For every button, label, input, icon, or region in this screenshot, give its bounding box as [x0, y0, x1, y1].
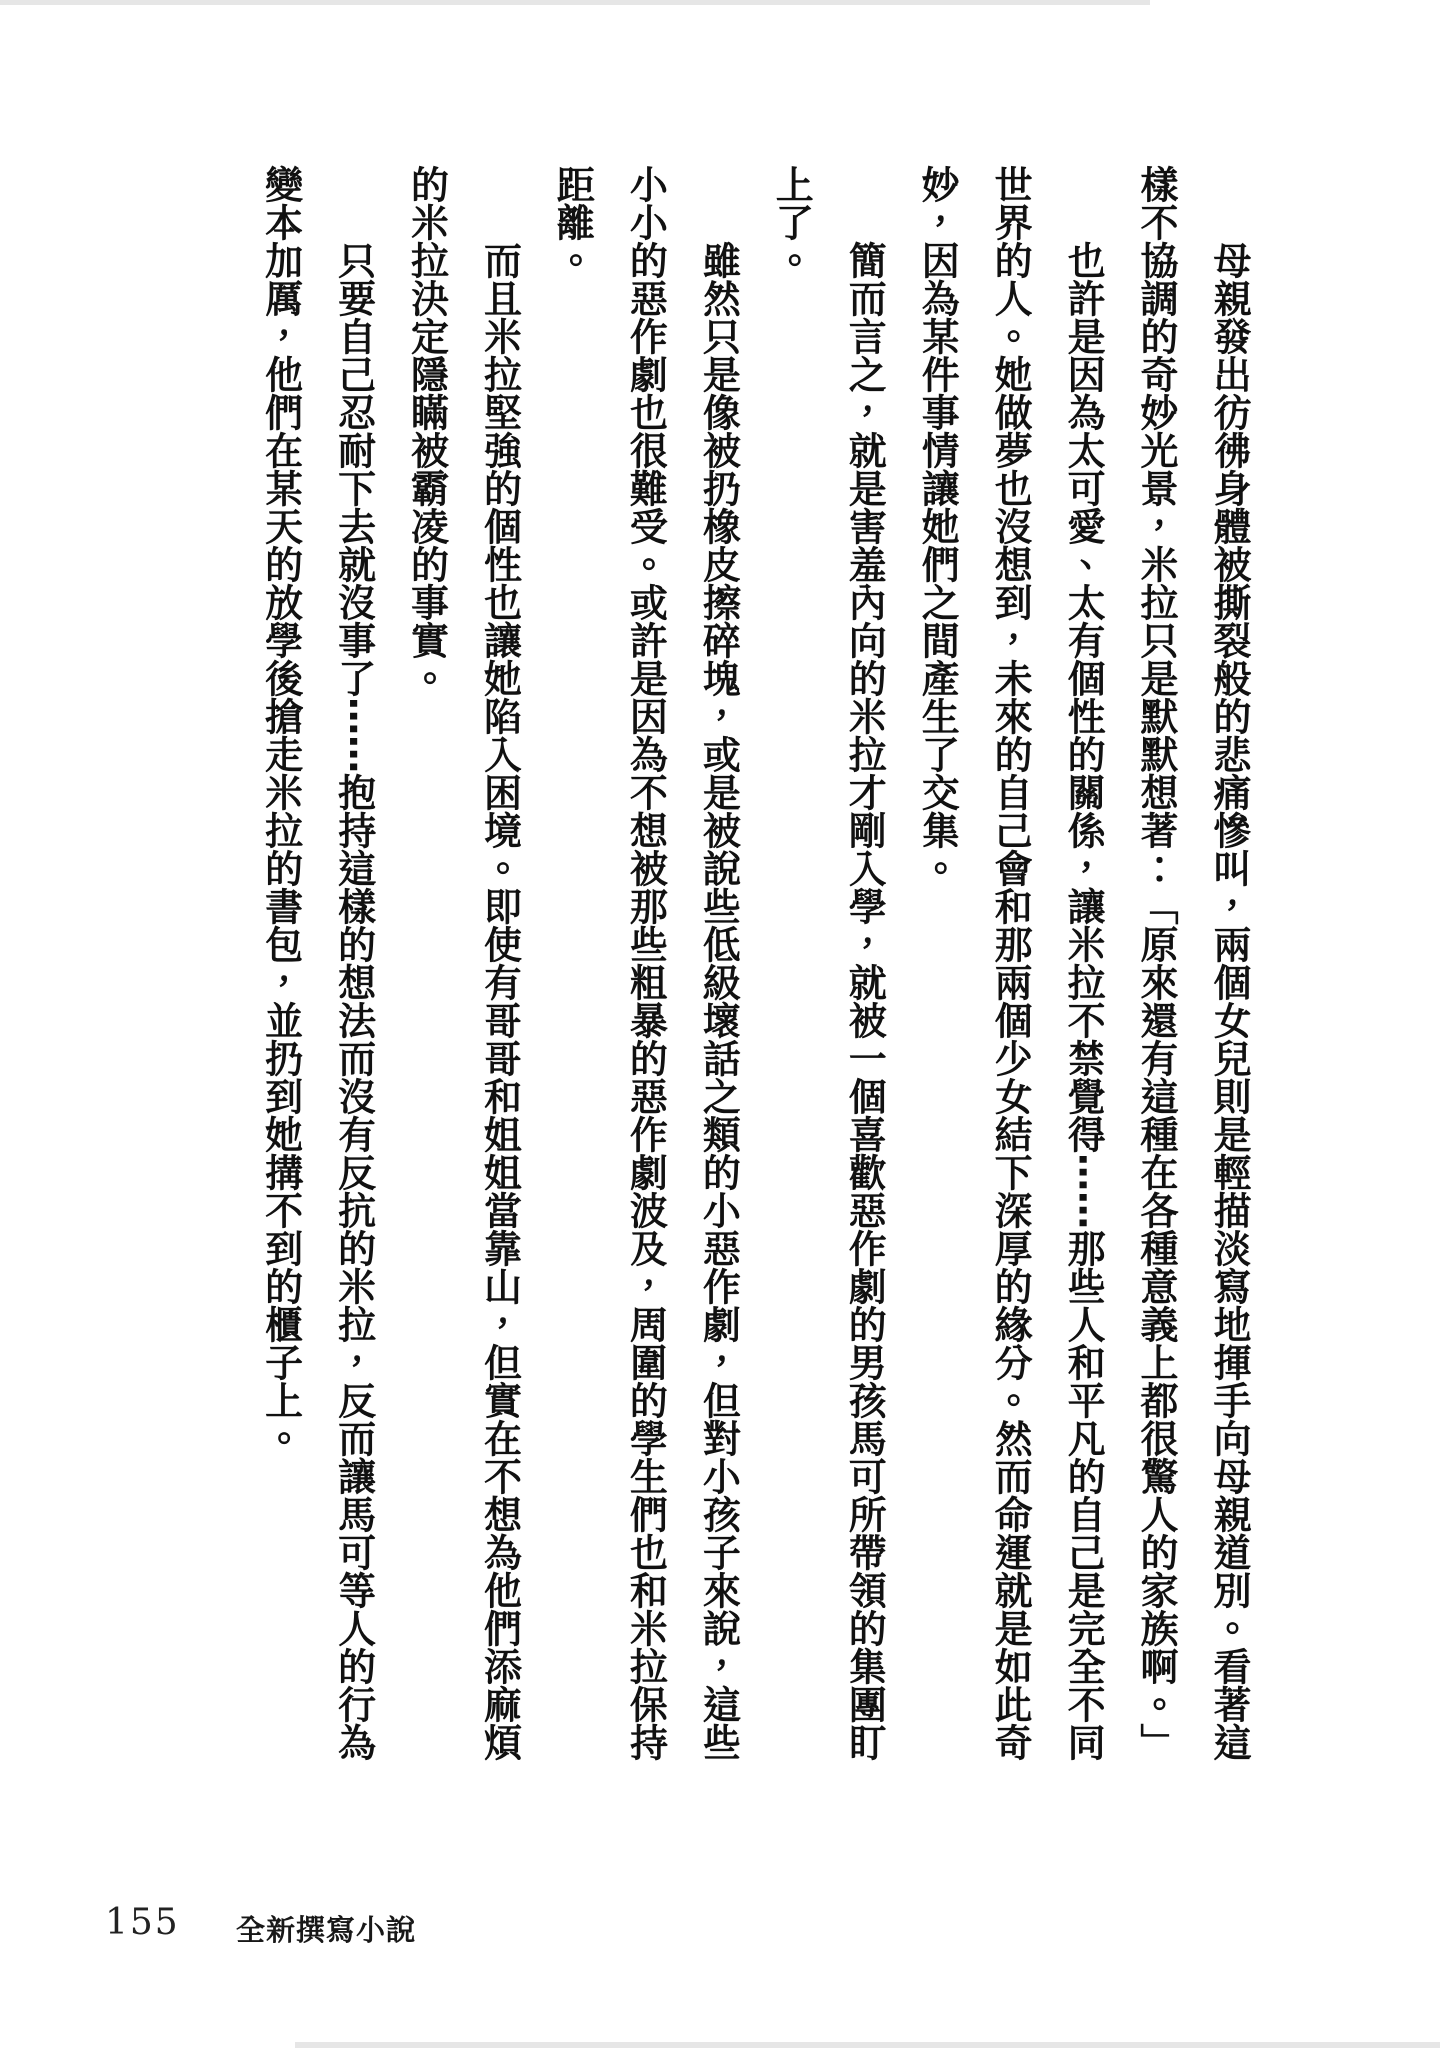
paragraph: 雖然只是像被扔橡皮擦碎塊，或是被說些低級壞話之類的小惡作劇，但對小孩子來說，這些…: [535, 165, 754, 1761]
paragraph: 簡而言之，就是害羞內向的米拉才剛入學，就被一個喜歡惡作劇的男孩馬可所帶領的集團盯…: [754, 165, 900, 1761]
vertical-text-block: 母親發出彷彿身體被撕裂般的悲痛慘叫，兩個女兒則是輕描淡寫地揮手向母親道別。看著這…: [205, 165, 1265, 1761]
paragraph: 母親發出彷彿身體被撕裂般的悲痛慘叫，兩個女兒則是輕描淡寫地揮手向母親道別。看著這…: [1119, 165, 1265, 1761]
running-title: 全新撰寫小說: [236, 1908, 416, 1949]
scan-edge-bottom: [295, 2042, 1440, 2048]
book-page: 母親發出彷彿身體被撕裂般的悲痛慘叫，兩個女兒則是輕描淡寫地揮手向母親道別。看著這…: [0, 0, 1440, 2048]
paragraph: 也許是因為太可愛、太有個性的關係，讓米拉不禁覺得⋯⋯那些人和平凡的自己是完全不同…: [900, 165, 1119, 1761]
page-number: 155: [105, 1902, 180, 1943]
paragraph: 而且米拉堅強的個性也讓她陷入困境。即使有哥哥和姐姐當靠山，但實在不想為他們添麻煩…: [390, 165, 536, 1761]
paragraph: 只要自己忍耐下去就沒事了⋯⋯抱持這樣的想法而沒有反抗的米拉，反而讓馬可等人的行為…: [244, 165, 390, 1761]
scan-edge-top: [0, 0, 1150, 5]
page-footer: 155 全新撰寫小說: [0, 1896, 1440, 1956]
